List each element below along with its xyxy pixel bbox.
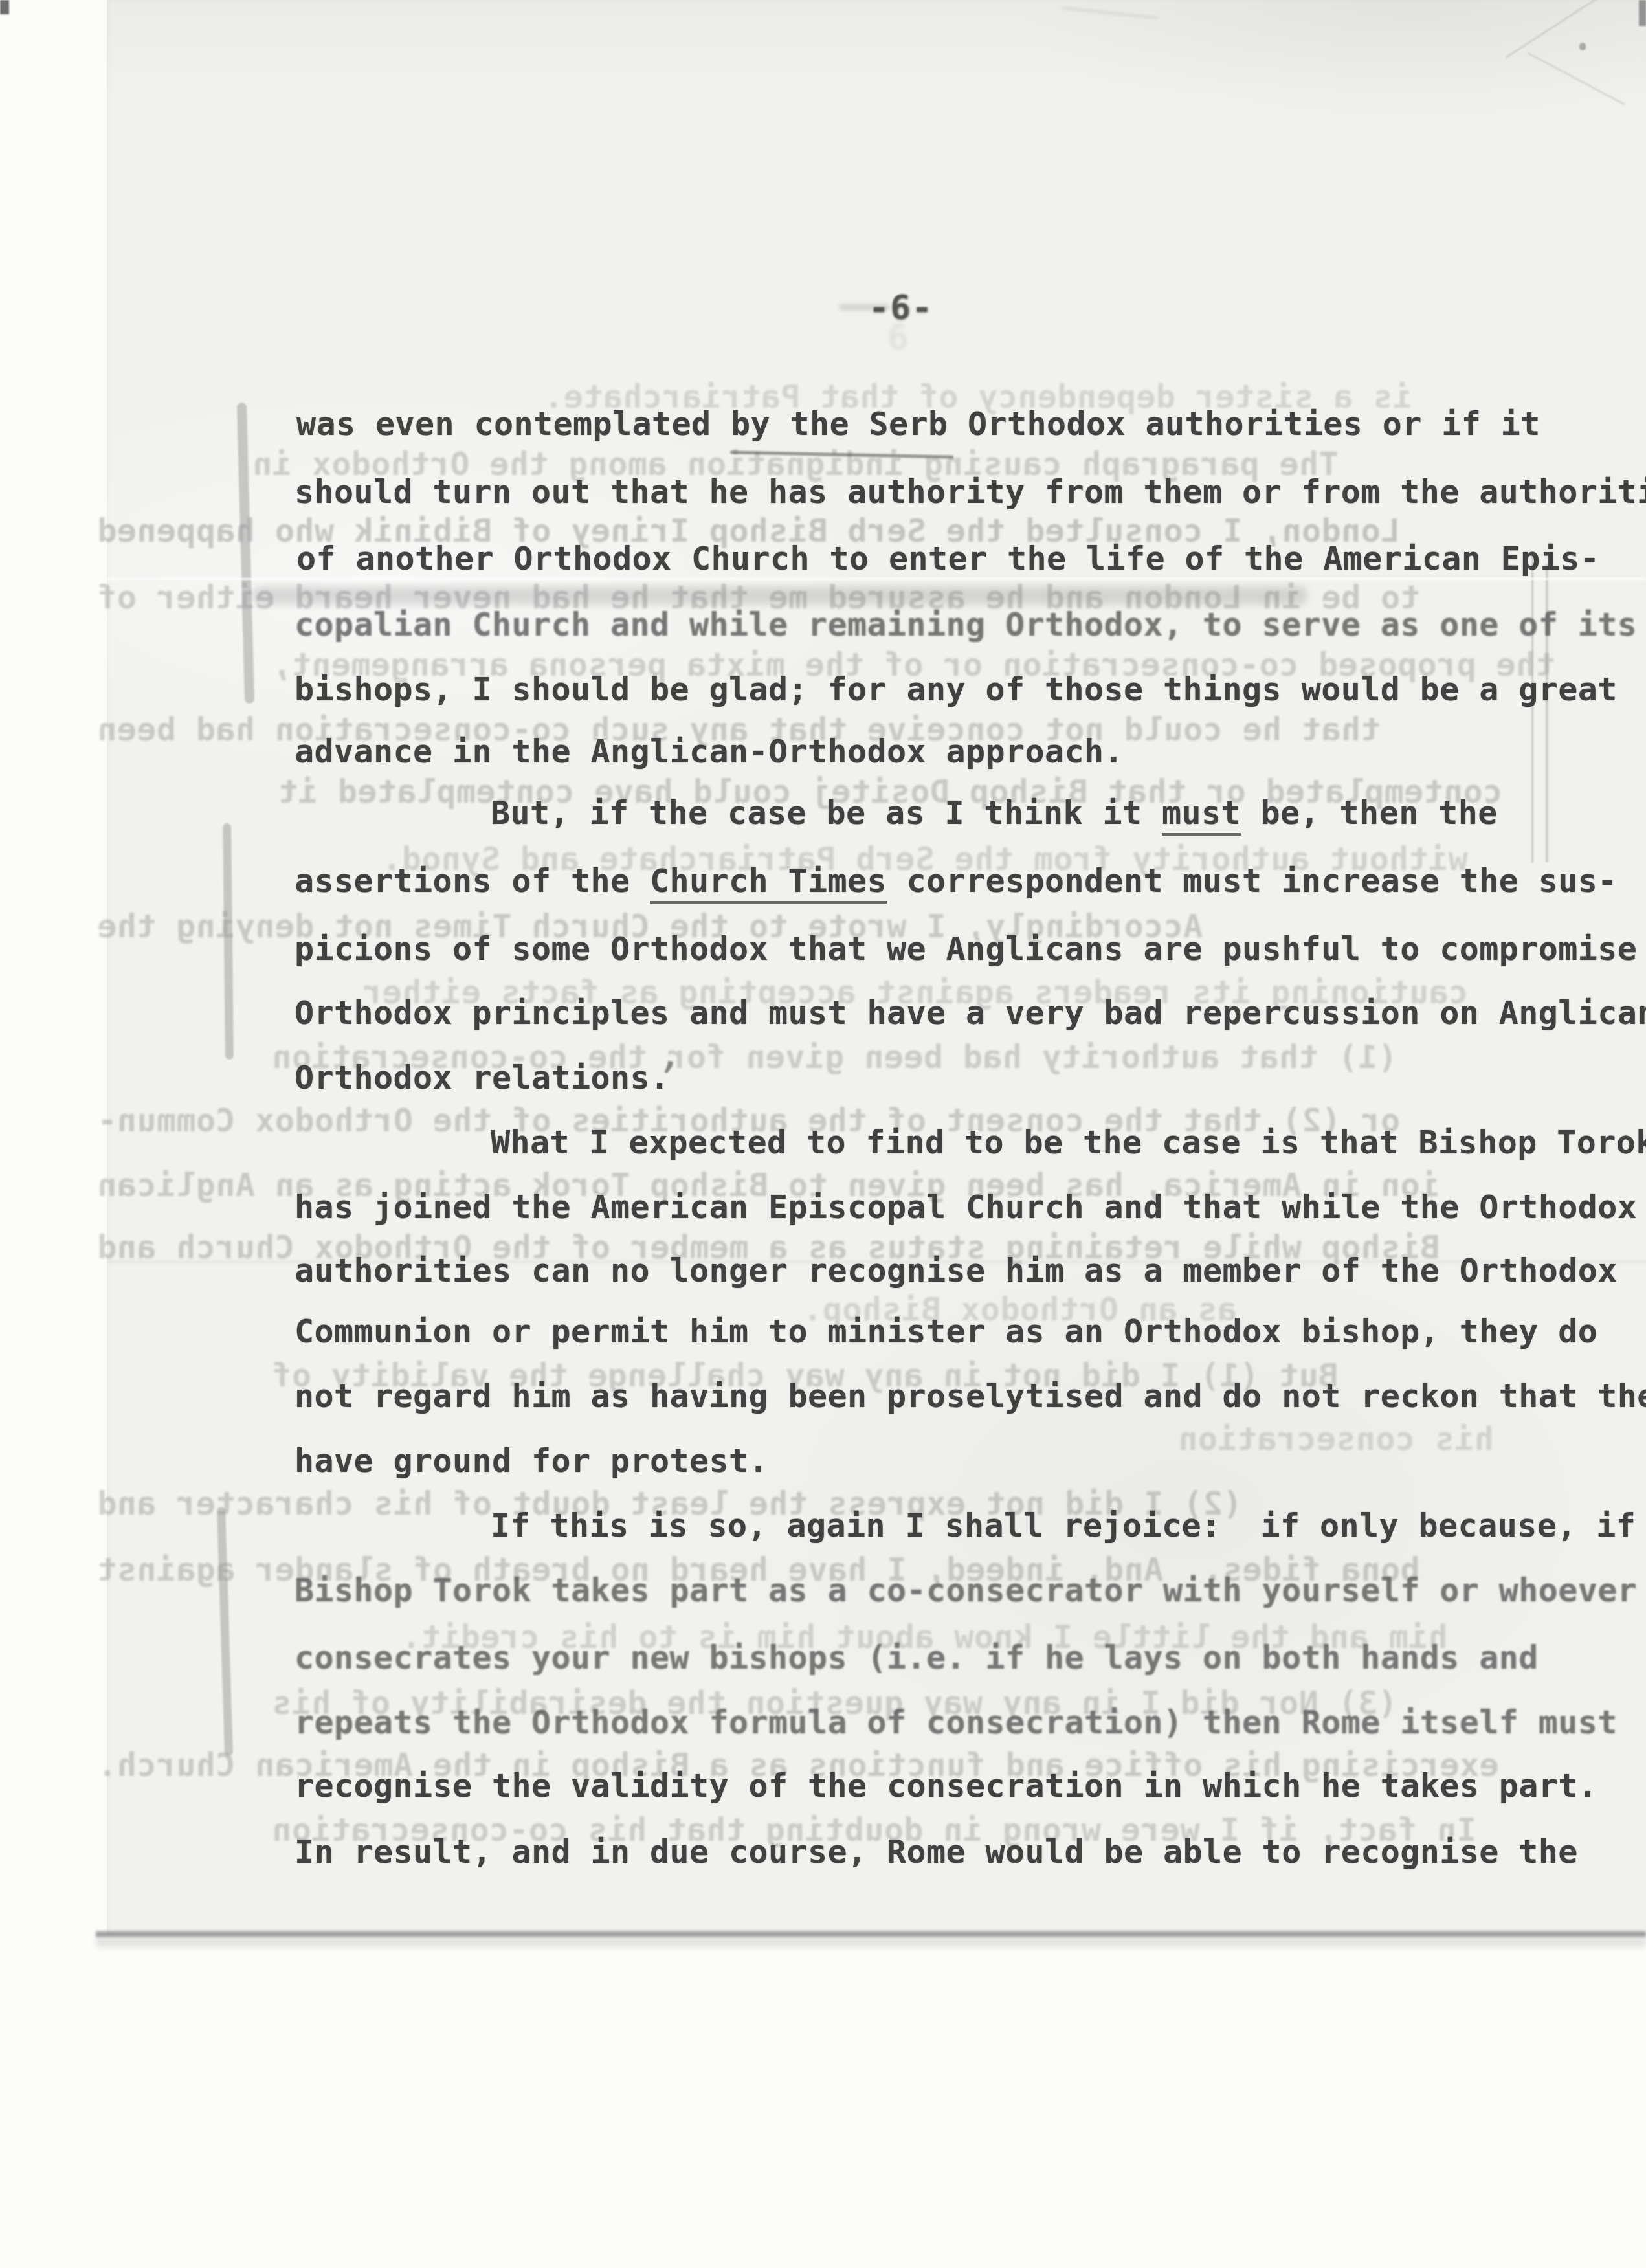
paper-edge-shadow [96, 1938, 1646, 1947]
corner-blemish [0, 0, 9, 14]
paper-sheet [107, 0, 1646, 1935]
scanned-page-canvas: is a sister dependency of that Patriarch… [0, 0, 1646, 2268]
